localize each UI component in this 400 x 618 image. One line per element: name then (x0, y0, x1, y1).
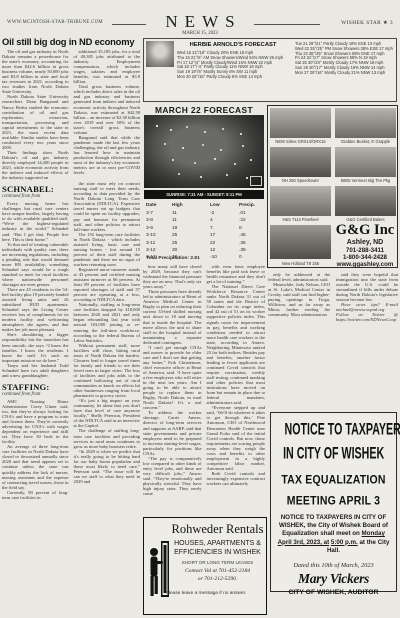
equipment-caption: Grabtec Bucket, 6' Grapple (335, 139, 396, 144)
gg-inc-ad: NEW Sitrex GRX14/GRX16 Grabtec Bucket, 6… (267, 105, 398, 268)
schnabel-paragraph: To that end of treating vulnerable indiv… (2, 242, 69, 287)
cell-low: 17 (210, 233, 239, 238)
notice-heading-line-1: NOTICE TO TAXPAYERS (285, 419, 400, 439)
masthead-edition-page: WISHEK STAR ★ 3 (341, 20, 393, 26)
right-column-1: only be addressed at the federal level, … (268, 272, 330, 409)
cell-date: 3-11 (146, 241, 172, 246)
cell-date: 3-7 (146, 211, 172, 216)
weather-map-image (144, 115, 264, 188)
oil-paragraph: additional 35,185 jobs, for a total of 4… (74, 49, 141, 84)
masthead-date: MARCH 15, 2023 (148, 31, 252, 36)
forecast-title: HERBIE ARNOLD'S FORECAST (177, 42, 289, 48)
notice-dated-line: Dated this 10th of March, 2023 (271, 562, 396, 569)
schnabel-paragraph: Tanya and her husband Todd Schnabel have… (2, 363, 69, 378)
rohweder-phone-1: Contact Val at 701-452-2184 (169, 568, 266, 574)
cell-high: 30 (172, 248, 210, 253)
cell-precip: .45 (239, 233, 263, 238)
equipment-caption: 605N Vermeer Big Tire Pkg (335, 178, 396, 183)
rohweder-rentals-ad: Rohweder Rentals HOUSES, APARTMENTS & EF… (143, 517, 267, 615)
col-header-high: High (172, 203, 210, 208)
rohweder-line-3: SHORT OR LONG TERM LEASES (169, 560, 266, 565)
table-row: 3-8114.22 (146, 218, 263, 223)
table-row: 3-711-2.01 (146, 211, 263, 216)
auditor-title: CITY OF WISHEK, AUDITOR (271, 589, 396, 596)
staffing-heading: STAFFING: (2, 382, 69, 392)
left-column-2: additional 35,185 jobs, for a total of 4… (74, 49, 141, 616)
notice-meeting-time: 5:00 p.m. (331, 539, 358, 546)
rohweder-line-1: HOUSES, APARTMENTS & (169, 540, 266, 547)
notice-subheading-line-1: TAX EQUALIZATION (281, 473, 385, 486)
news-tipline: Have news tips? E-mail michael@newscoopn… (336, 302, 398, 322)
staffing-paragraph: Both Covid controls and increasingly exp… (207, 471, 266, 486)
oil-paragraph: Bangsund said that while the pandemic ma… (74, 135, 141, 175)
schnabel-continued-note: continued from front (2, 194, 69, 200)
rohweder-title: Rohweder Rentals (169, 522, 266, 537)
cell-high: 19 (172, 226, 210, 231)
gg-company-name: G&G Inc (334, 222, 396, 239)
staffing-paragraph: Those pressures have already led to admi… (143, 289, 202, 345)
forecast-left-column: Wed 15 32°/18° Cloudy 20% ENE 18 mph Thu… (177, 51, 291, 80)
weather-table-header-row: Date High Low Precip. (146, 203, 263, 208)
equipment-caption: NEW Sitrex GRX14/GRX16 (270, 139, 331, 144)
schnabel-heading: SCHNABEL: (2, 184, 69, 194)
staffing-paragraph: An average of three long-term care facil… (2, 444, 69, 489)
weather-history-table: Date High Low Precip. 3-711-2.01 3-8114.… (146, 203, 263, 263)
march22-forecast-title: MARCH 22 FORECAST (143, 105, 265, 115)
left-column-1: The oil and gas industry in North Dakota… (2, 49, 69, 616)
mid-column-2: with even basic employee benefits like p… (207, 264, 266, 515)
equipment-caption: NH 260 Speedrower (270, 178, 331, 183)
cell-precip: .22 (239, 218, 263, 223)
schnabel-paragraph: There are 45 residents in the 54-bed fac… (2, 287, 69, 332)
herbie-arnold-photo (146, 41, 174, 67)
col-header-low: Low (210, 203, 239, 208)
cell-date: 3-8 (146, 218, 172, 223)
staffing-paragraph: “The pay is comparatively low compared t… (143, 456, 202, 496)
rohweder-phone-2: or 701-212-5290. (169, 576, 266, 582)
staffing-paragraph: To address the worker shortage, Carrie A… (143, 410, 202, 455)
cell-high: 11 (172, 218, 210, 223)
rohweder-line-2: EFFICIENCIES IN WISHEK (169, 549, 266, 556)
forecast-line: Mon 20 26°/16° Partly Cloudy 6% SSE 14 m… (177, 75, 291, 80)
staffing-paragraph: The National Direct Care Workforce Resou… (207, 284, 266, 405)
staffing-paragraph: “Everyone stepped up and said, ‘We'll do… (207, 405, 266, 471)
equipment-photo (270, 147, 331, 177)
staffing-article-mid-columns: how many will have closed by 2029, becau… (143, 264, 265, 515)
schnabel-paragraph: She's shouldering a bigger responsibilit… (2, 332, 69, 362)
staffing-paragraph: “In 2029 is when we predict that it's re… (74, 449, 141, 484)
equipment-caption: H&S 7114 Pinwheel (270, 217, 331, 222)
oil-paragraph: North Dakota State University researcher… (2, 94, 69, 150)
staffing-paragraph: Meanwhile, Jody Nelson, CEO at St. Luke'… (268, 282, 330, 317)
cell-low: 22 (210, 241, 239, 246)
equipment-photo (335, 186, 396, 216)
cell-precip: 0 (239, 255, 263, 260)
equipment-photo (270, 108, 331, 138)
rohweder-message-note: Please leave a message if no answer. (150, 591, 262, 596)
map-inset-box (250, 176, 262, 186)
cell-low: 7 (210, 226, 239, 231)
cell-low: -2 (210, 211, 239, 216)
staffing-article-right-columns: only be addressed at the federal level, … (268, 272, 398, 409)
equipment-caption: New Holland T8 155 (270, 261, 331, 266)
cell-low: 12 (210, 248, 239, 253)
gg-phone-1: 701-288-3411 (334, 247, 396, 254)
oil-paragraph: Total gross business volume, which inclu… (74, 84, 141, 134)
cell-precip: .36 (239, 248, 263, 253)
forecast-line: Mon 27 29°/16° Mostly Cloudy 21% NNW 13 … (295, 71, 394, 76)
schnabel-paragraph: Registered nurse turnover stands at 43 p… (74, 267, 141, 302)
table-row: 3-123012.36 (146, 248, 263, 253)
staffing-paragraph: Currently, 90 percent of long-term care … (2, 490, 69, 500)
staffing-paragraph: The challenge of staffing long-term care… (74, 428, 141, 448)
staffing-paragraph: AMC Nursing Home Administrator Corey Ulm… (2, 399, 69, 444)
cell-high: 11 (172, 211, 210, 216)
tax-equalization-notice: NOTICE TO TAXPAYERS IN CITY OF WISHEK TA… (270, 412, 397, 592)
masthead-url: WWW.MCINTOSH-STAR-TRIBUNE.COM (7, 20, 103, 25)
staffing-continued-note: continued from front (2, 392, 69, 398)
equipment-photo (335, 108, 396, 138)
col-header-precip: Precip. (239, 203, 263, 208)
schnabel-paragraph: Nationally, staffing at long-term care f… (74, 302, 141, 342)
auditor-signature: Mary Vickers (271, 571, 396, 587)
schnabel-paragraph: the state must rely on contract nursing … (74, 181, 141, 231)
equipment-photo (335, 147, 396, 177)
gg-phone-2: 1-800-344-2428 (334, 254, 396, 261)
staffing-paragraph: only be addressed at the federal level, … (268, 272, 330, 282)
cell-high: 25 (172, 233, 210, 238)
schnabel-paragraph: The 192 long-term care facilities in Nor… (74, 232, 141, 267)
cell-high: 25 (172, 241, 210, 246)
masthead-rule-left (112, 24, 146, 25)
left-article-columns: The oil and gas industry in North Dakota… (2, 49, 140, 616)
schnabel-paragraph: Every nursing home has challenges but ru… (2, 201, 69, 241)
cell-date: 3-12 (146, 248, 172, 253)
staffing-paragraph: “It's just a big impact on your communit… (74, 398, 141, 428)
staffing-paragraph: said they were hopeful that immigration … (336, 272, 398, 302)
forecast-right-column: Tue 21 29°/21° Partly Cloudy 18% ESE 13 … (295, 42, 394, 76)
staffing-paragraph: “I can't get enough CNAs and nurses to p… (143, 345, 202, 411)
gg-city: Ashley, ND (334, 239, 396, 246)
notice-body: NOTICE TO TAXPAYERS IN CITY OF WISHEK, t… (277, 514, 391, 555)
schnabel-paragraph: Without permanent staff, more facilities… (74, 343, 141, 399)
right-column-2: said they were hopeful that immigration … (336, 272, 398, 409)
table-row: 3-91970 (146, 226, 263, 231)
mid-column-1: how many will have closed by 2029, becau… (143, 264, 202, 515)
staffing-paragraph: how many will have closed by 2029, becau… (143, 264, 202, 289)
newspaper-page: WWW.MCINTOSH-STAR-TRIBUNE.COM NEWS MARCH… (0, 0, 400, 618)
col-header-date: Date (146, 203, 172, 208)
notice-subheading-line-2: MEETING APRIL 3 (287, 494, 380, 507)
oil-article-headline: Oil still big dog in ND economy (2, 36, 140, 47)
total-precipitation: Total Precipitation: 2.91 (146, 256, 200, 261)
equipment-photo (270, 225, 331, 259)
gg-website: www.ggashley.com (334, 261, 396, 268)
cell-date: 3-9 (146, 226, 172, 231)
notice-heading-line-2: IN CITY OF WISHEK (283, 443, 384, 463)
cell-low: -10 (210, 255, 239, 260)
staffing-paragraph: with even basic employee benefits like p… (207, 264, 266, 284)
table-row: 3-102517.45 (146, 233, 263, 238)
oil-paragraph: Their findings show North Dakota's oil a… (2, 150, 69, 180)
cell-low: 4 (210, 218, 239, 223)
table-row: 3-112522.36 (146, 241, 263, 246)
sunrise-sunset-bar: SUNRISE: 7:31 AM - SUNSET: 8:11 PM (144, 190, 264, 199)
cell-date: 3-10 (146, 233, 172, 238)
cell-precip: 0 (239, 226, 263, 231)
oil-paragraph: The oil and gas industry in North Dakota… (2, 49, 69, 94)
masthead-rule-right (254, 24, 320, 25)
cell-precip: .01 (239, 211, 263, 216)
masthead-section-title: NEWS (148, 12, 252, 32)
equipment-photo (270, 186, 331, 216)
cell-precip: .36 (239, 241, 263, 246)
